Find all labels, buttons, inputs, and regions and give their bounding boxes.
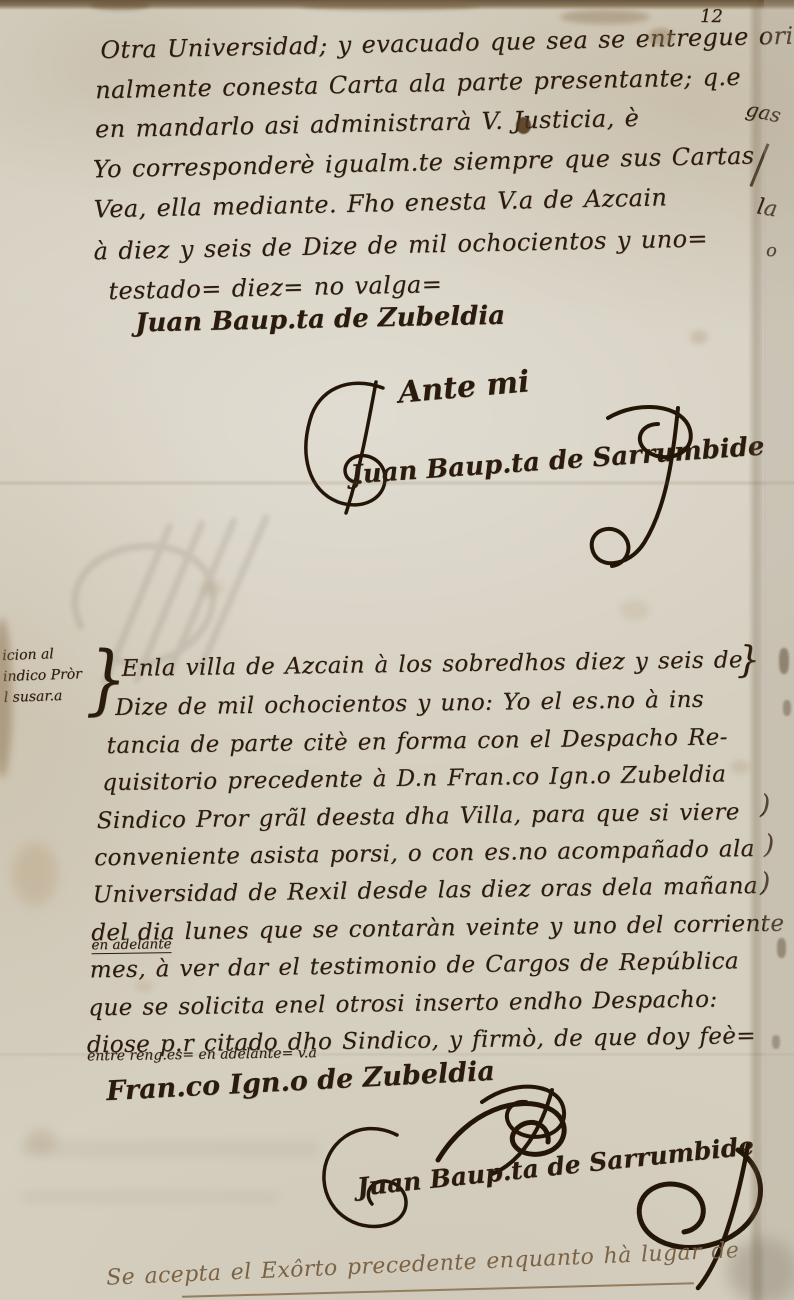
manuscript-line: conveniente asista porsi, o con es.no ac… [94, 836, 755, 871]
manuscript-line: Dize de mil ochocientos y uno: Yo el es.… [115, 687, 704, 721]
adjacent-page-edge [764, 0, 794, 1300]
paragraph-diligencia-citacion: Enla villa de Azcain à los sobredhos die… [0, 0, 794, 1105]
manuscript-line: Sindico Pror grãl deesta dha Villa, para… [97, 799, 740, 834]
manuscript-line: del dia lunes que se contaràn veinte y u… [91, 911, 784, 947]
manuscript-line: mes, à ver dar el testimonio de Cargos d… [90, 948, 740, 983]
manuscript-line: quisitorio precedente à D.n Fran.co Ign.… [102, 761, 726, 796]
manuscript-line: que se solicita enel otrosi inserto endh… [88, 987, 718, 1022]
manuscript-line: Enla villa de Azcain à los sobredhos die… [121, 647, 743, 682]
paper-stain [26, 1128, 56, 1154]
show-through-ghost-line [20, 1140, 320, 1158]
emendation-note: entre reng.es= en adelante= v.a [87, 1045, 317, 1064]
manuscript-line: Universidad de Rexil desde las diez oras… [93, 873, 759, 908]
manuscript-line: tancia de parte citè en forma con el Des… [107, 724, 728, 759]
manuscript-page: 12 Otra Universidad; y evacuado que sea … [0, 0, 794, 1300]
show-through-ghost-line [20, 1190, 280, 1204]
interline-insertion: en adelante [91, 936, 171, 954]
